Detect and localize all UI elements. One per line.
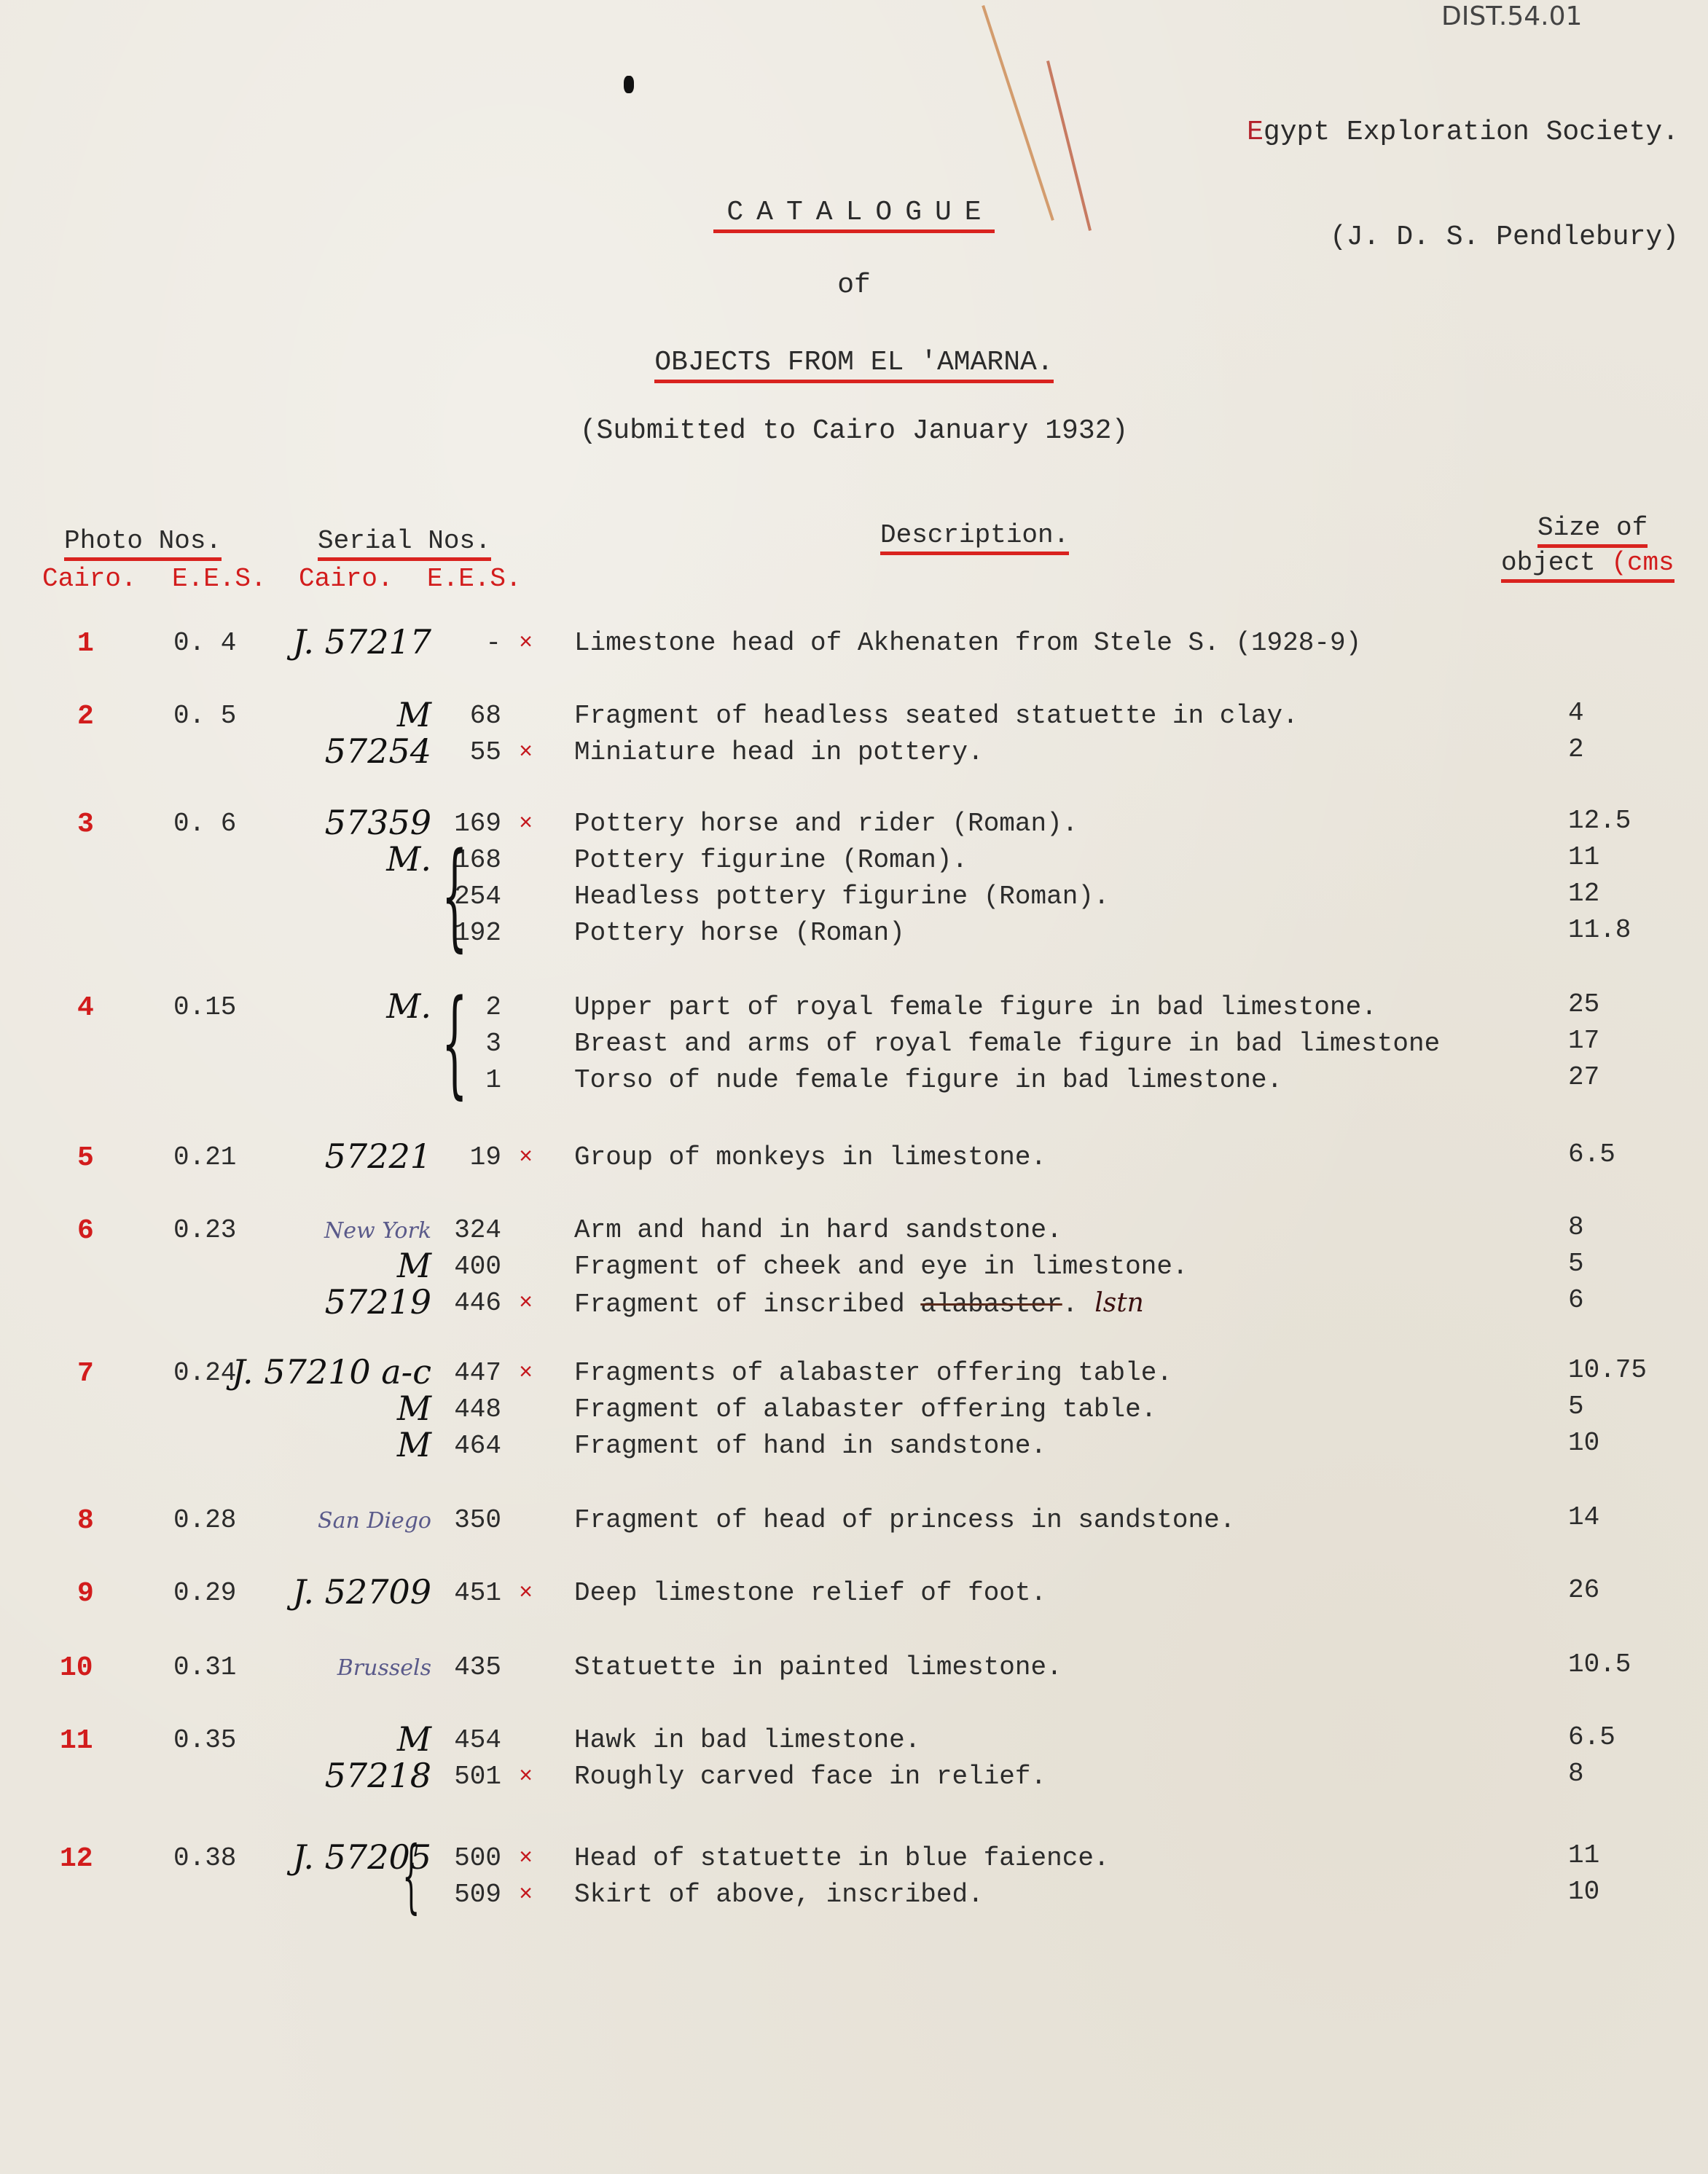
- photo-cairo-number: 6: [77, 1215, 94, 1247]
- title-of: of: [0, 270, 1708, 301]
- serial-ees-number: 464: [454, 1431, 501, 1461]
- photo-ees-number: 0.23: [173, 1215, 236, 1245]
- photo-ees-number: 0.15: [173, 992, 236, 1022]
- serial-ees-number: 447: [454, 1358, 501, 1388]
- photo-cairo-number: 4: [77, 992, 94, 1024]
- grouping-brace-icon: {: [442, 988, 468, 1097]
- object-size: 11: [1568, 1840, 1599, 1870]
- item-description: Pottery figurine (Roman).: [574, 845, 968, 875]
- item-description: Miniature head in pottery.: [574, 737, 984, 767]
- item-description: Roughly carved face in relief.: [574, 1762, 1046, 1792]
- object-size: 26: [1568, 1575, 1599, 1605]
- item-description: Head of statuette in blue faience.: [574, 1843, 1110, 1873]
- object-size: 12: [1568, 879, 1599, 909]
- serial-cairo-annotation: Brussels: [337, 1655, 431, 1681]
- photo-ees-number: 0. 5: [173, 701, 236, 731]
- photo-ees-number: 0.24: [173, 1358, 236, 1388]
- serial-cairo-annotation: M.: [386, 986, 431, 1026]
- tick-mark-icon: ×: [519, 629, 533, 656]
- item-description: Limestone head of Akhenaten from Stele S…: [574, 628, 1361, 658]
- photo-ees-number: 0.38: [173, 1843, 236, 1873]
- photo-cairo-number: 12: [60, 1843, 93, 1875]
- item-description: Fragment of cheek and eye in limestone.: [574, 1252, 1188, 1282]
- serial-cairo-annotation: M: [397, 1389, 431, 1428]
- object-size: 8: [1568, 1759, 1584, 1789]
- serial-cairo-annotation: New York: [324, 1218, 431, 1244]
- serial-ees-number: 324: [454, 1215, 501, 1245]
- subheader-serial-cairo: Cairo.: [299, 564, 393, 594]
- serial-ees-number: 448: [454, 1394, 501, 1424]
- serial-ees-number: 500: [454, 1843, 501, 1873]
- paper-hole: [624, 76, 634, 93]
- object-size: 17: [1568, 1026, 1599, 1056]
- photo-cairo-number: 10: [60, 1652, 93, 1684]
- serial-ees-number: 3: [485, 1029, 501, 1059]
- object-size: 6.5: [1568, 1139, 1615, 1169]
- item-description: Fragment of headless seated statuette in…: [574, 701, 1298, 731]
- item-description: Pottery horse and rider (Roman).: [574, 809, 1078, 839]
- photo-cairo-number: 2: [77, 701, 94, 732]
- document-title: CATALOGUE: [0, 197, 1708, 233]
- tick-mark-icon: ×: [519, 1881, 533, 1908]
- org-name: gypt Exploration Society.: [1264, 117, 1679, 148]
- item-description: Upper part of royal female figure in bad…: [574, 992, 1377, 1022]
- photo-cairo-number: 5: [77, 1142, 94, 1174]
- object-size: 10: [1568, 1877, 1599, 1907]
- serial-cairo-annotation: J. 52709: [293, 1572, 431, 1612]
- serial-ees-number: 68: [470, 701, 501, 731]
- org-initial: E: [1247, 117, 1264, 148]
- tick-mark-icon: ×: [519, 810, 533, 837]
- item-description: Pottery horse (Roman): [574, 918, 905, 948]
- serial-cairo-annotation: M: [397, 1719, 431, 1759]
- photo-cairo-number: 8: [77, 1505, 94, 1537]
- struck-word: alabaster: [920, 1290, 1062, 1319]
- tick-mark-icon: ×: [519, 739, 533, 766]
- object-size: 27: [1568, 1062, 1599, 1092]
- serial-cairo-annotation: M: [397, 1425, 431, 1464]
- serial-cairo-annotation: J. 57217: [293, 622, 431, 662]
- object-size: 5: [1568, 1392, 1584, 1421]
- handwritten-correction: lstn: [1078, 1288, 1144, 1318]
- item-description: Fragment of head of princess in sandston…: [574, 1505, 1235, 1535]
- item-description: Torso of nude female figure in bad limes…: [574, 1065, 1282, 1095]
- item-description: Statuette in painted limestone.: [574, 1652, 1062, 1682]
- photo-ees-number: 0. 6: [173, 809, 236, 839]
- photo-ees-number: 0.35: [173, 1725, 236, 1755]
- object-size: 11: [1568, 842, 1599, 872]
- archive-reference: DIST.54.01: [1441, 1, 1582, 31]
- object-size: 25: [1568, 989, 1599, 1019]
- object-size: 6: [1568, 1285, 1584, 1315]
- serial-ees-number: 55: [470, 737, 501, 767]
- item-description: Group of monkeys in limestone.: [574, 1142, 1046, 1172]
- item-description: Fragment of inscribed alabaster. lstn: [574, 1288, 1144, 1319]
- photo-cairo-number: 9: [77, 1578, 94, 1609]
- photo-ees-number: 0.29: [173, 1578, 236, 1608]
- serial-cairo-annotation: 57221: [325, 1137, 431, 1176]
- header-photo-nos: Photo Nos.: [64, 526, 222, 556]
- serial-cairo-annotation: 57359: [325, 803, 431, 842]
- object-size: 14: [1568, 1502, 1599, 1532]
- serial-cairo-annotation: M: [397, 695, 431, 734]
- serial-ees-number: 1: [485, 1065, 501, 1095]
- serial-ees-number: 446: [454, 1288, 501, 1318]
- organization-header: Egypt Exploration Society. (J. D. S. Pen…: [1247, 45, 1679, 290]
- serial-ees-number: 19: [470, 1142, 501, 1172]
- serial-cairo-annotation: 57218: [325, 1756, 431, 1795]
- serial-cairo-annotation: J. 57210 a-c: [232, 1352, 431, 1392]
- serial-ees-number: 2: [485, 992, 501, 1022]
- object-size: 10: [1568, 1428, 1599, 1458]
- tick-mark-icon: ×: [519, 1580, 533, 1606]
- header-size-line2: object (cms: [1501, 548, 1674, 578]
- photo-cairo-number: 1: [77, 628, 94, 659]
- tick-mark-icon: ×: [519, 1359, 533, 1386]
- tick-mark-icon: ×: [519, 1763, 533, 1790]
- photo-cairo-number: 3: [77, 809, 94, 840]
- serial-ees-number: 454: [454, 1725, 501, 1755]
- grouping-brace-icon: {: [442, 841, 468, 950]
- item-description: Breast and arms of royal female figure i…: [574, 1029, 1440, 1059]
- object-size: 11.8: [1568, 915, 1631, 945]
- document-subtitle: OBJECTS FROM EL 'AMARNA.: [0, 347, 1708, 378]
- serial-ees-number: 451: [454, 1578, 501, 1608]
- object-size: 8: [1568, 1212, 1584, 1242]
- serial-cairo-annotation: 57254: [325, 731, 431, 771]
- subheader-serial-ees: E.E.S.: [427, 564, 522, 594]
- object-size: 4: [1568, 698, 1584, 728]
- photo-ees-number: 0. 4: [173, 628, 236, 658]
- item-description: Deep limestone relief of foot.: [574, 1578, 1046, 1608]
- serial-cairo-annotation: M: [397, 1246, 431, 1285]
- serial-ees-number: -: [485, 628, 501, 658]
- item-description: Fragments of alabaster offering table.: [574, 1358, 1172, 1388]
- object-size: 6.5: [1568, 1722, 1615, 1752]
- serial-ees-number: 501: [454, 1762, 501, 1792]
- subheader-photo-ees: E.E.S.: [172, 564, 267, 594]
- object-size: 5: [1568, 1249, 1584, 1279]
- tick-mark-icon: ×: [519, 1845, 533, 1872]
- serial-ees-number: 400: [454, 1252, 501, 1282]
- photo-cairo-number: 7: [77, 1358, 94, 1389]
- photo-ees-number: 0.21: [173, 1142, 236, 1172]
- serial-cairo-annotation: M.: [386, 839, 431, 879]
- object-size: 2: [1568, 734, 1584, 764]
- serial-ees-number: 435: [454, 1652, 501, 1682]
- subheader-photo-cairo: Cairo.: [42, 564, 137, 594]
- tick-mark-icon: ×: [519, 1144, 533, 1171]
- photo-ees-number: 0.28: [173, 1505, 236, 1535]
- grouping-brace-icon: {: [402, 1839, 420, 1912]
- header-description: Description.: [880, 520, 1069, 550]
- photo-cairo-number: 11: [60, 1725, 93, 1757]
- item-description: Arm and hand in hard sandstone.: [574, 1215, 1062, 1245]
- photo-ees-number: 0.31: [173, 1652, 236, 1682]
- serial-ees-number: 509: [454, 1880, 501, 1910]
- item-description: Fragment of alabaster offering table.: [574, 1394, 1156, 1424]
- item-description: Hawk in bad limestone.: [574, 1725, 920, 1755]
- serial-ees-number: 350: [454, 1505, 501, 1535]
- object-size: 10.75: [1568, 1355, 1647, 1385]
- item-description: Headless pottery figurine (Roman).: [574, 882, 1110, 911]
- object-size: 10.5: [1568, 1649, 1631, 1679]
- serial-cairo-annotation: 57219: [325, 1282, 431, 1322]
- tick-mark-icon: ×: [519, 1290, 533, 1316]
- item-description: Skirt of above, inscribed.: [574, 1880, 984, 1910]
- object-size: 12.5: [1568, 806, 1631, 836]
- submission-note: (Submitted to Cairo January 1932): [0, 415, 1708, 447]
- header-size-line1: Size of: [1537, 513, 1648, 543]
- item-description: Fragment of hand in sandstone.: [574, 1431, 1046, 1461]
- serial-cairo-annotation: San Diego: [318, 1508, 431, 1534]
- header-serial-nos: Serial Nos.: [318, 526, 491, 556]
